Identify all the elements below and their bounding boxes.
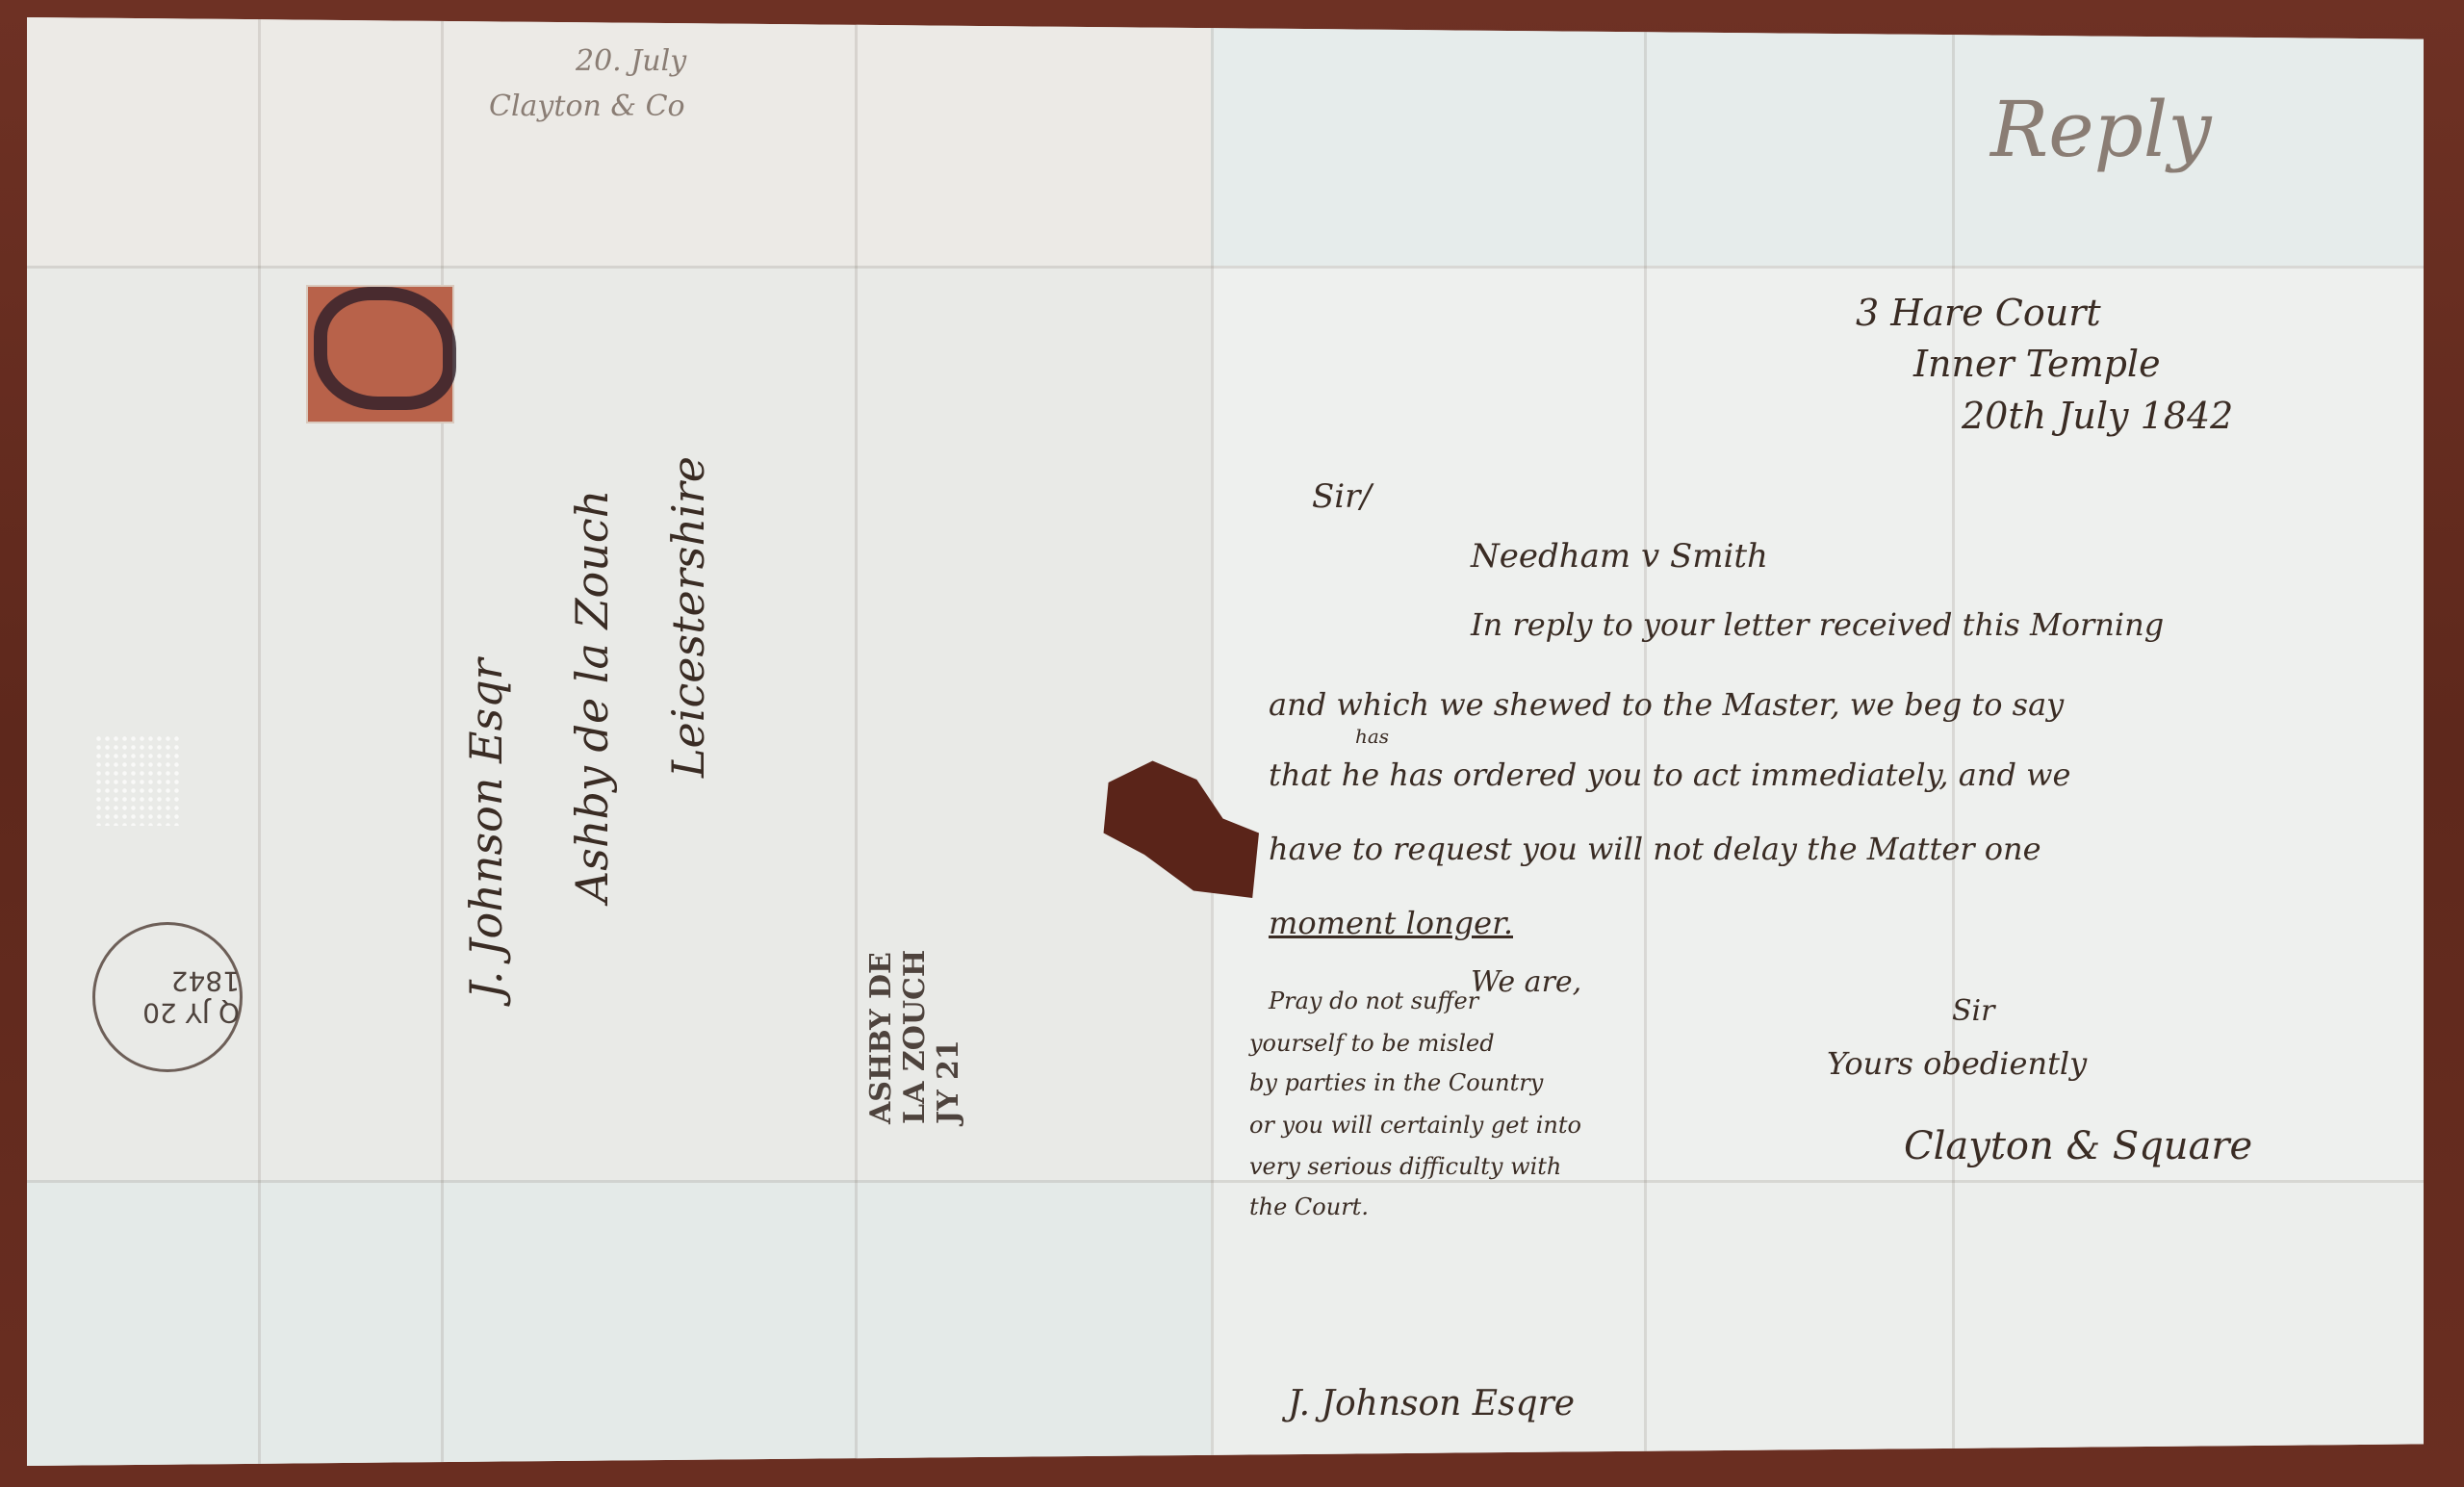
closing-sir: Sir [1952, 994, 1995, 1028]
fold-line [855, 17, 858, 1466]
closing-we-are: We are, [1471, 965, 1581, 999]
body-line-2: and which we shewed to the Master, we be… [1269, 686, 2064, 723]
sender-address-line2: Inner Temple [1913, 343, 2161, 385]
body-line-4: have to request you will not delay the M… [1269, 831, 2041, 867]
reply-mark: Reply [1990, 85, 2212, 174]
postscript-line-6: the Court. [1249, 1193, 1369, 1220]
body-line-3: that he has ordered you to act immediate… [1269, 756, 2070, 793]
fold-line [1644, 17, 1647, 1466]
top-right-panel [1211, 17, 2424, 266]
postscript-line-2: yourself to be misled [1249, 1030, 1495, 1057]
letter-sheet: 20. July Clayton & Co Reply Q JY 20 1842… [27, 17, 2424, 1466]
letter-date: 20th July 1842 [1962, 395, 2233, 437]
insertion-has: has [1355, 725, 1389, 748]
fold-line [27, 1180, 2424, 1183]
closing-yours: Yours obediently [1827, 1045, 2087, 1082]
circular-postmark: Q JY 20 1842 [92, 922, 243, 1072]
postscript-line-4: or you will certainly get into [1249, 1112, 1581, 1139]
docket-sender: Clayton & Co [489, 90, 685, 123]
postscript-line-3: by parties in the Country [1249, 1069, 1543, 1096]
docket-date: 20. July [576, 44, 686, 78]
sender-address-line1: 3 Hare Court [1856, 292, 2101, 334]
embossed-seal [94, 734, 181, 826]
bottom-left-panel [27, 1180, 1211, 1466]
body-line-1: In reply to your letter received this Mo… [1471, 606, 2164, 643]
fold-line [258, 17, 261, 1466]
maltese-cross-cancel-icon [314, 287, 456, 410]
salutation: Sir/ [1312, 477, 1372, 516]
body-line-5: moment longer. [1269, 905, 1513, 941]
case-title: Needham v Smith [1471, 537, 1768, 576]
address-town: Ashby de la Zouch [566, 490, 618, 903]
fold-line [27, 266, 2424, 269]
postscript-line-1: Pray do not suffer [1269, 987, 1478, 1014]
address-county: Leicestershire [662, 456, 714, 778]
fold-line [1952, 17, 1955, 1466]
address-name: J. Johnson Esqr [460, 658, 512, 999]
footer-addressee: J. Johnson Esqre [1288, 1384, 1575, 1423]
signature: Clayton & Square [1904, 1124, 2252, 1168]
fold-line [441, 17, 444, 1466]
fold-line [1211, 17, 1214, 1466]
postscript-line-5: very serious difficulty with [1249, 1153, 1561, 1180]
penny-red-stamp [306, 285, 454, 423]
arc-postmark: ASHBY DE LA ZOUCH JY 21 [864, 932, 1018, 1124]
